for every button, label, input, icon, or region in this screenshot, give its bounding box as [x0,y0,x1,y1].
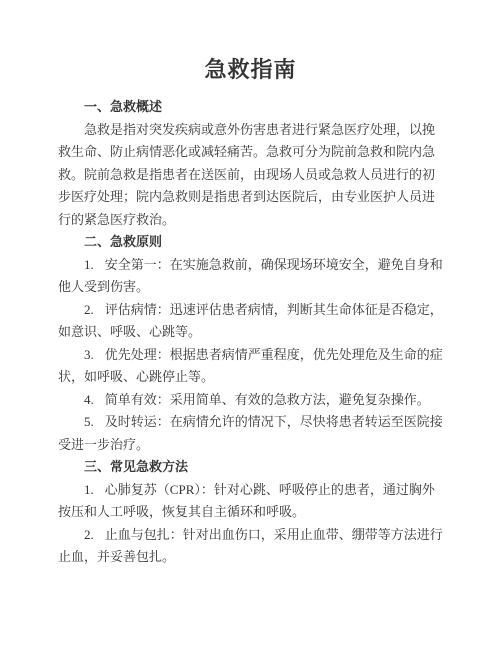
principle-item: 2.评估病情：迅速评估患者病情，判断其生命体征是否稳定，如意识、呼吸、心跳等。 [58,299,443,344]
document-body: 一、急救概述 急救是指对突发疾病或意外伤害患者进行紧急医疗处理，以挽救生命、防止… [58,96,443,569]
method-item: 2.止血与包扎：针对出血伤口，采用止血带、绷带等方法进行止血，并妥善包扎。 [58,524,443,569]
principle-item: 5.及时转运：在病情允许的情况下，尽快将患者转运至医院接受进一步治疗。 [58,411,443,456]
item-number: 5. [84,414,94,429]
item-text: 优先处理：根据患者病情严重程度，优先处理危及生命的症状，如呼吸、心跳停止等。 [58,347,443,385]
section-overview-heading: 一、急救概述 [58,96,443,119]
principle-item: 3.优先处理：根据患者病情严重程度，优先处理危及生命的症状，如呼吸、心跳停止等。 [58,344,443,389]
method-item: 1.心肺复苏（CPR）：针对心跳、呼吸停止的患者，通过胸外按压和人工呼吸，恢复其… [58,479,443,524]
overview-paragraph: 急救是指对突发疾病或意外伤害患者进行紧急医疗处理，以挽救生命、防止病情恶化或减轻… [58,119,443,232]
item-number: 1. [84,482,94,497]
item-text: 评估病情：迅速评估患者病情，判断其生命体征是否稳定，如意识、呼吸、心跳等。 [58,302,443,340]
document-title: 急救指南 [58,54,443,85]
section-principles-heading: 二、急救原则 [58,231,443,254]
item-text: 及时转运：在病情允许的情况下，尽快将患者转运至医院接受进一步治疗。 [58,414,443,452]
principle-item: 4.简单有效：采用简单、有效的急救方法，避免复杂操作。 [58,389,443,412]
item-text: 安全第一：在实施急救前，确保现场环境安全，避免自身和他人受到伤害。 [58,257,443,295]
item-number: 1. [84,257,94,272]
section-methods-heading: 三、常见急救方法 [58,456,443,479]
principle-item: 1.安全第一：在实施急救前，确保现场环境安全，避免自身和他人受到伤害。 [58,254,443,299]
item-text: 心肺复苏（CPR）：针对心跳、呼吸停止的患者，通过胸外按压和人工呼吸，恢复其自主… [58,482,435,520]
item-number: 4. [84,392,94,407]
item-number: 2. [84,527,94,542]
item-text: 止血与包扎：针对出血伤口，采用止血带、绷带等方法进行止血，并妥善包扎。 [58,527,443,565]
item-number: 3. [84,347,94,362]
item-number: 2. [84,302,94,317]
item-text: 简单有效：采用简单、有效的急救方法，避免复杂操作。 [105,392,430,407]
document-page: 急救指南 一、急救概述 急救是指对突发疾病或意外伤害患者进行紧急医疗处理，以挽救… [0,0,500,647]
